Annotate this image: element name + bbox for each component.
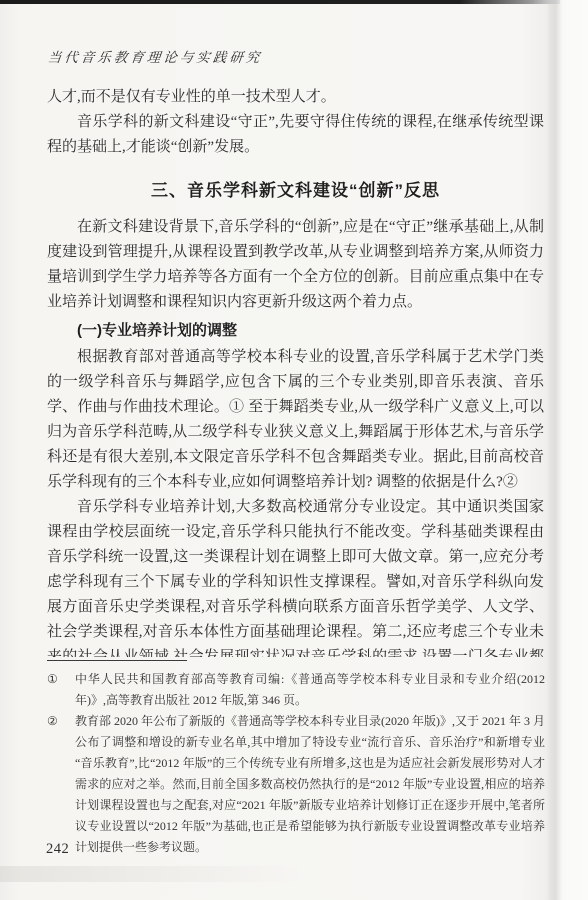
footnote-1-marker: ① xyxy=(47,669,75,690)
footnote-2-text: 教育部 2020 年公布了新版的《普通高等学校本科专业目录(2020 年版)》,… xyxy=(75,711,545,858)
scan-bottom-smudge xyxy=(0,866,300,882)
paragraph-subsection-2: 音乐学科专业培养计划,大多数高校通常分专业设定。其中通识类国家课程由学校层面统一… xyxy=(47,495,544,657)
footnote-1: ① 中华人民共和国教育部高等教育司编:《普通高等学校本科专业目录和专业介绍(20… xyxy=(47,669,545,711)
scanned-book-page: 当代音乐教育理论与实践研究 人才,而不是仅有专业性的单一技术型人才。 音乐学科的… xyxy=(0,0,588,900)
subsection-heading: (一)专业培养计划的调整 xyxy=(47,318,544,343)
section-heading: 三、音乐学科新文科建设“创新”反思 xyxy=(47,178,544,204)
footnote-1-text: 中华人民共和国教育部高等教育司编:《普通高等学校本科专业目录和专业介绍(2012… xyxy=(75,669,545,711)
footnote-section: ① 中华人民共和国教育部高等教育司编:《普通高等学校本科专业目录和专业介绍(20… xyxy=(47,660,545,858)
scan-top-edge xyxy=(0,0,560,4)
page-number: 242 xyxy=(46,841,69,858)
paragraph-section-intro: 在新文科建设背景下,音乐学科的“创新”,应是在“守正”继承基础上,从制度建设到管… xyxy=(47,215,544,315)
main-text-column: 人才,而不是仅有专业性的单一技术型人才。 音乐学科的新文科建设“守正”,先要守得… xyxy=(47,85,544,657)
running-header-title: 当代音乐教育理论与实践研究 xyxy=(47,46,264,66)
footnote-divider xyxy=(47,660,187,661)
footnote-2: ② 教育部 2020 年公布了新版的《普通高等学校本科专业目录(2020 年版)… xyxy=(47,711,545,858)
footnote-2-marker: ② xyxy=(47,711,75,732)
paragraph-subsection-1: 根据教育部对普通高等学校本科专业的设置,音乐学科属于艺术学门类的一级学科音乐与舞… xyxy=(47,345,544,495)
page-edge-shadow xyxy=(546,0,562,900)
paragraph-carryover: 人才,而不是仅有专业性的单一技术型人才。 xyxy=(47,85,544,110)
paragraph-shouzheng: 音乐学科的新文科建设“守正”,先要守得住传统的课程,在继承传统型课程的基础上,才… xyxy=(47,110,544,160)
